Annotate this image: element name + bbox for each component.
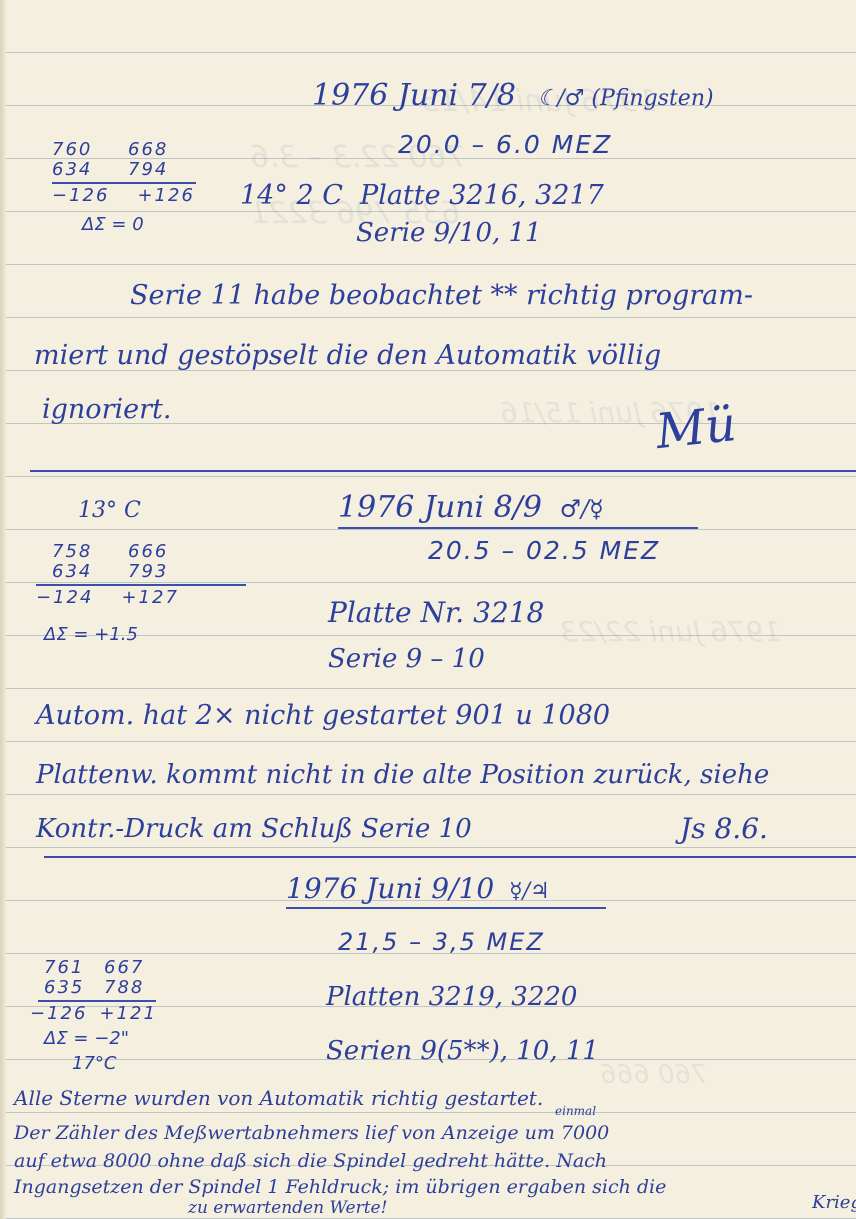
entry-date: 1976 Juni 8/9 <box>338 490 542 525</box>
observation-time: 21,5 – 3,5 MEZ <box>338 928 545 956</box>
calc-value: 668 <box>128 140 176 160</box>
temperature: 17°C <box>30 1053 157 1074</box>
series-numbers: Serien 9(5**), 10, 11 <box>326 1036 599 1066</box>
calc-result: −124 <box>36 588 93 608</box>
calc-value: 760 <box>52 140 100 160</box>
observation-time: 20.0 – 6.0 MEZ <box>398 130 612 159</box>
calc-result: −126 <box>30 1004 87 1024</box>
bleed-through-text: 760 666 <box>600 1060 708 1090</box>
position-calculation: 760668 634794 −126+126 ΔΣ = 0 <box>52 140 196 235</box>
signature: Mü <box>653 396 738 460</box>
entry-date: 1976 Juni 9/10 <box>286 872 494 905</box>
correction-insertion: einmal <box>555 1104 596 1118</box>
delta-sum: ΔΣ = 0 <box>52 214 196 235</box>
plate-numbers: Platte Nr. 3218 <box>328 596 544 629</box>
calc-result: −126 <box>52 186 109 206</box>
note-line: Ingangsetzen der Spindel 1 Fehldruck; im… <box>14 1176 666 1198</box>
calc-result: +127 <box>121 588 178 608</box>
calc-value: 794 <box>128 160 176 180</box>
bleed-through-text: 1976 Juni 22/23 <box>560 615 781 648</box>
signature: Js 8.6. <box>680 812 768 845</box>
entry-heading: 1976 Juni 9/10 ☿/♃ <box>286 872 606 909</box>
note-line: zu erwartenden Werte! <box>188 1198 387 1218</box>
calc-value: 667 <box>104 958 152 978</box>
calc-value: 761 <box>44 958 92 978</box>
note-line: miert und gestöpselt die den Automatik v… <box>34 340 661 371</box>
note-line: ignoriert. <box>42 394 171 425</box>
calc-value: 788 <box>104 978 152 998</box>
entry-separator <box>44 856 856 858</box>
plate-numbers: Platte 3216, 3217 <box>360 180 604 211</box>
entry-separator <box>30 470 856 472</box>
note-line: Der Zähler des Meßwertabnehmers lief von… <box>14 1122 609 1144</box>
calc-value: 666 <box>128 542 176 562</box>
position-calculation: 761667 635788 −126+121 ΔΣ = −2" 17°C <box>30 958 157 1074</box>
note-line: auf etwa 8000 ohne daß sich die Spindel … <box>14 1150 607 1172</box>
observation-time: 20.5 – 02.5 MEZ <box>428 536 660 565</box>
note-line: Kontr.-Druck am Schluß Serie 10 <box>36 814 472 844</box>
calc-value: 758 <box>52 542 100 562</box>
delta-sum: ΔΣ = −2" <box>30 1028 157 1049</box>
calc-value: 634 <box>52 562 100 582</box>
calc-result: +121 <box>99 1004 156 1024</box>
entry-heading: 1976 Juni 8/9 ♂/☿ <box>338 490 698 529</box>
plate-numbers: Platten 3219, 3220 <box>326 982 577 1012</box>
delta-sum: ΔΣ = +1.5 <box>36 624 246 645</box>
note-line: Plattenw. kommt nicht in die alte Positi… <box>36 760 769 790</box>
calc-result: +126 <box>137 186 194 206</box>
series-numbers: Serie 9/10, 11 <box>356 218 542 248</box>
temperature-and-plates: 14° 2 C Platte 3216, 3217 <box>240 180 604 211</box>
note-line: Autom. hat 2× nicht gestartet 901 u 1080 <box>36 700 610 731</box>
calc-value: 634 <box>52 160 100 180</box>
temperature: 14° 2 C <box>240 180 343 211</box>
planet-symbols: ♂/☿ <box>560 495 604 523</box>
calc-value: 793 <box>128 562 176 582</box>
series-numbers: Serie 9 – 10 <box>328 644 485 674</box>
signature: Krieg <box>812 1192 856 1213</box>
calc-value: 635 <box>44 978 92 998</box>
entry-heading: 1976 Juni 7/8 ☾/♂ (Pfingsten) <box>312 78 714 113</box>
note-line: Alle Sterne wurden von Automatik richtig… <box>14 1086 543 1110</box>
planet-symbols: ☾/♂ (Pfingsten) <box>538 86 714 111</box>
note-line: Serie 11 habe beobachtet ** richtig prog… <box>130 280 753 311</box>
planet-symbols: ☿/♃ <box>509 879 550 904</box>
temperature: 13° C <box>78 498 141 523</box>
position-calculation: 758666 634793 −124+127 ΔΣ = +1.5 <box>36 542 246 645</box>
entry-date: 1976 Juni 7/8 <box>312 78 516 113</box>
